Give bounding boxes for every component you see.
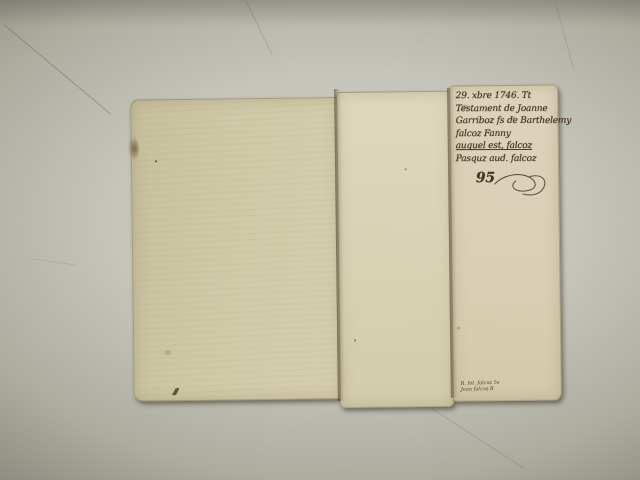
foxing-spot bbox=[164, 350, 171, 355]
manuscript-document: 29. xbre 1746. Tt Testament de Joanne Ga… bbox=[128, 82, 562, 409]
folio-number-row: 95 bbox=[456, 170, 556, 198]
scratch-mark bbox=[245, 0, 272, 54]
edge-stain bbox=[128, 137, 139, 161]
annotation-line: Pasquz aud. falcoz bbox=[456, 153, 556, 166]
paper-panel-right: 29. xbre 1746. Tt Testament de Joanne Ga… bbox=[449, 84, 562, 401]
scratch-mark bbox=[30, 258, 76, 265]
ink-speck bbox=[172, 388, 180, 395]
annotation-line: Testament de Joanne bbox=[456, 103, 556, 116]
archival-note-line: Jean falcoz R bbox=[461, 386, 500, 393]
paraph-flourish-icon bbox=[493, 172, 551, 198]
annotation-line: falcoz Fanny bbox=[456, 128, 556, 141]
annotation-line: Garriboz fs de Barthelemy bbox=[456, 115, 556, 128]
handwritten-annotation: 29. xbre 1746. Tt Testament de Joanne Ga… bbox=[456, 90, 556, 198]
annotation-line: 29. xbre 1746. Tt bbox=[456, 90, 556, 103]
scratch-mark bbox=[431, 408, 524, 469]
photo-surface: 29. xbre 1746. Tt Testament de Joanne Ga… bbox=[0, 0, 640, 480]
scratch-mark bbox=[555, 2, 574, 70]
ink-speck bbox=[155, 160, 157, 162]
archival-note: R. fol. falcoz 5e Jean falcoz R bbox=[461, 380, 501, 393]
annotation-line: auquel est, falcoz bbox=[456, 140, 556, 153]
ink-speck bbox=[404, 168, 407, 170]
paper-panel-left bbox=[130, 97, 342, 402]
ink-speck bbox=[354, 339, 356, 342]
ink-speck bbox=[457, 327, 460, 330]
paper-panel-middle bbox=[336, 91, 455, 408]
scratch-mark bbox=[3, 24, 111, 115]
